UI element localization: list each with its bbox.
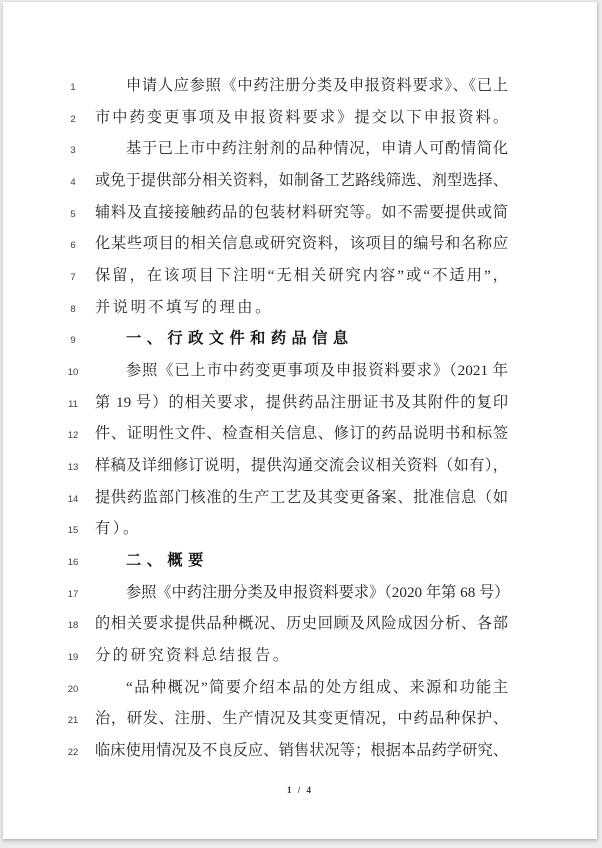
text-line: 11 第 19 号）的相关要求，提供药品注册证书及其附件的复印 (63, 392, 508, 424)
text-line: 15 有）。 (63, 518, 508, 550)
line-number: 13 (63, 461, 83, 475)
text-line: 14 提供药监部门核准的生产工艺及其变更备案、批准信息（如 (63, 487, 508, 519)
heading-line: 16 二、概要 (63, 550, 508, 582)
heading-line: 9 一、行政文件和药品信息 (63, 328, 508, 360)
line-number: 18 (63, 619, 83, 633)
text-line: 5 辅料及直接接触药品的包装材料研究等。如不需要提供或简 (63, 202, 508, 234)
text-line: 22 临床使用情况及不良反应、销售状况等；根据本品药学研究、 (63, 740, 508, 772)
line-text: 的相关要求提供品种概况、历史回顾及风险成因分析、各部 (95, 613, 508, 634)
line-number: 22 (63, 746, 83, 760)
text-line: 17 参照《中药注册分类及申报资料要求》（2020 年第 68 号） (63, 582, 508, 614)
text-line: 3 基于已上市中药注射剂的品种情况，申请人可酌情简化 (63, 138, 508, 170)
text-line: 1 申请人应参照《中药注册分类及申报资料要求》、《已上 (63, 75, 508, 107)
text-line: 7 保留，在该项目下注明“无相关研究内容”或“不适用”， (63, 265, 508, 297)
line-number: 17 (63, 588, 83, 602)
text-line: 10 参照《已上市中药变更事项及申报资料要求》（2021 年 (63, 360, 508, 392)
text-line: 13 样稿及详细修订说明，提供沟通交流会议相关资料（如有）， (63, 455, 508, 487)
line-number: 8 (63, 303, 83, 317)
page-number: 1 / 4 (3, 785, 597, 795)
line-text: 参照《已上市中药变更事项及申报资料要求》（2021 年 (95, 360, 508, 381)
line-number: 21 (63, 714, 83, 728)
section-heading: 二、概要 (95, 550, 508, 571)
line-number: 10 (63, 366, 83, 380)
line-text: 申请人应参照《中药注册分类及申报资料要求》、《已上 (95, 75, 508, 96)
line-text: 第 19 号）的相关要求，提供药品注册证书及其附件的复印 (95, 392, 508, 413)
line-number: 5 (63, 208, 83, 222)
text-line: 6 化某些项目的相关信息或研究资料，该项目的编号和名称应 (63, 233, 508, 265)
line-text: 辅料及直接接触药品的包装材料研究等。如不需要提供或简 (95, 202, 508, 223)
line-text: 分的研究资料总结报告。 (95, 645, 508, 666)
text-line: 19 分的研究资料总结报告。 (63, 645, 508, 677)
line-text: 件、证明性文件、检查相关信息、修订的药品说明书和标签 (95, 423, 508, 444)
line-text: 样稿及详细修订说明，提供沟通交流会议相关资料（如有）， (95, 455, 508, 476)
line-number: 4 (63, 176, 83, 190)
line-text: 参照《中药注册分类及申报资料要求》（2020 年第 68 号） (95, 582, 508, 603)
line-number: 7 (63, 271, 83, 285)
line-number: 2 (63, 113, 83, 127)
line-text: “品种概况”简要介绍本品的处方组成、来源和功能主 (95, 677, 508, 698)
line-number: 12 (63, 429, 83, 443)
line-number: 20 (63, 683, 83, 697)
line-number: 1 (63, 81, 83, 95)
line-number: 11 (63, 398, 83, 412)
line-number: 14 (63, 493, 83, 507)
line-text: 治，研发、注册、生产情况及其变更情况，中药品种保护、 (95, 708, 508, 729)
line-text: 或免于提供部分相关资料，如制备工艺路线筛选、剂型选择、 (95, 170, 508, 191)
text-line: 20 “品种概况”简要介绍本品的处方组成、来源和功能主 (63, 677, 508, 709)
document-body: 1 申请人应参照《中药注册分类及申报资料要求》、《已上 2 市中药变更事项及申报… (63, 75, 508, 772)
line-text: 有）。 (95, 518, 508, 539)
line-text: 提供药监部门核准的生产工艺及其变更备案、批准信息（如 (95, 487, 508, 508)
line-number: 6 (63, 239, 83, 253)
line-number: 16 (63, 556, 83, 570)
text-line: 18 的相关要求提供品种概况、历史回顾及风险成因分析、各部 (63, 613, 508, 645)
line-text: 基于已上市中药注射剂的品种情况，申请人可酌情简化 (95, 138, 508, 159)
section-heading: 一、行政文件和药品信息 (95, 328, 508, 349)
line-text: 并说明不填写的理由。 (95, 297, 508, 318)
document-page: 1 申请人应参照《中药注册分类及申报资料要求》、《已上 2 市中药变更事项及申报… (3, 2, 597, 839)
line-text: 化某些项目的相关信息或研究资料，该项目的编号和名称应 (95, 233, 508, 254)
text-line: 21 治，研发、注册、生产情况及其变更情况，中药品种保护、 (63, 708, 508, 740)
text-line: 4 或免于提供部分相关资料，如制备工艺路线筛选、剂型选择、 (63, 170, 508, 202)
line-number: 15 (63, 524, 83, 538)
line-text: 临床使用情况及不良反应、销售状况等；根据本品药学研究、 (95, 740, 508, 761)
text-line: 2 市中药变更事项及申报资料要求》提交以下申报资料。 (63, 107, 508, 139)
text-line: 8 并说明不填写的理由。 (63, 297, 508, 329)
line-number: 3 (63, 144, 83, 158)
line-text: 保留，在该项目下注明“无相关研究内容”或“不适用”， (95, 265, 508, 286)
text-line: 12 件、证明性文件、检查相关信息、修订的药品说明书和标签 (63, 423, 508, 455)
line-number: 9 (63, 334, 83, 348)
line-number: 19 (63, 651, 83, 665)
line-text: 市中药变更事项及申报资料要求》提交以下申报资料。 (95, 107, 508, 128)
